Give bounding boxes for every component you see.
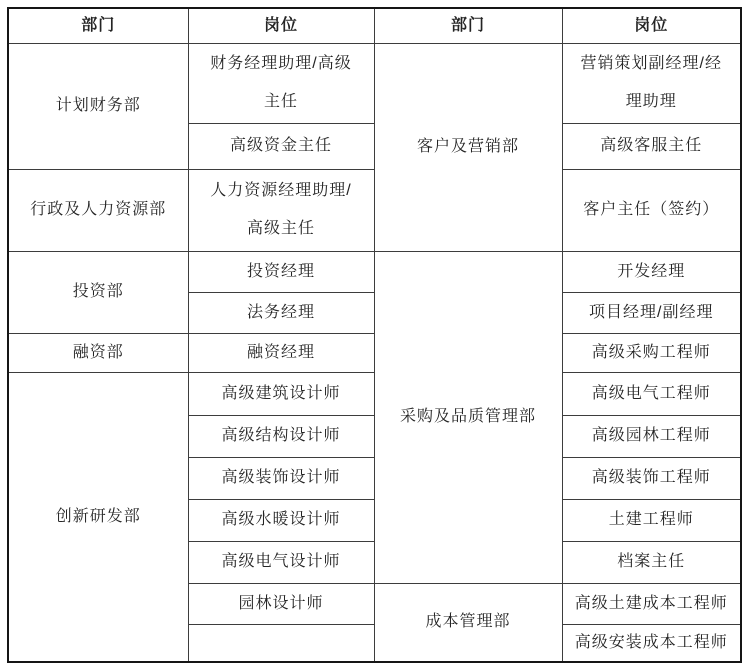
position-cell: 高级装饰工程师 [562,457,741,499]
position-cell: 高级装饰设计师 [188,457,374,499]
position-cell: 高级采购工程师 [562,333,741,372]
department-cell: 投资部 [8,251,188,333]
department-cell: 客户及营销部 [374,43,562,251]
position-cell: 财务经理助理/高级主任 [188,43,374,123]
org-positions-table: 部门 岗位 部门 岗位 计划财务部 财务经理助理/高级主任 客户及营销部 营销策… [7,7,742,663]
department-cell: 融资部 [8,333,188,372]
position-cell: 高级园林工程师 [562,415,741,457]
header-row: 部门 岗位 部门 岗位 [8,8,741,43]
position-cell: 营销策划副经理/经理助理 [562,43,741,123]
position-cell: 档案主任 [562,541,741,583]
position-cell: 法务经理 [188,292,374,333]
table-row: 计划财务部 财务经理助理/高级主任 客户及营销部 营销策划副经理/经理助理 [8,43,741,123]
column-header-department-right: 部门 [374,8,562,43]
table-row: 投资部 投资经理 采购及品质管理部 开发经理 [8,251,741,292]
position-cell: 高级资金主任 [188,123,374,169]
position-cell: 投资经理 [188,251,374,292]
position-text: 财务经理助理/高级主任 [206,45,356,121]
department-cell: 创新研发部 [8,372,188,662]
column-header-department-left: 部门 [8,8,188,43]
position-cell: 客户主任（签约） [562,169,741,251]
position-cell: 开发经理 [562,251,741,292]
column-header-position-left: 岗位 [188,8,374,43]
position-cell-empty [188,624,374,662]
department-cell: 采购及品质管理部 [374,251,562,583]
position-cell: 人力资源经理助理/高级主任 [188,169,374,251]
column-header-position-right: 岗位 [562,8,741,43]
position-cell: 土建工程师 [562,499,741,541]
position-cell: 高级水暖设计师 [188,499,374,541]
position-cell: 高级结构设计师 [188,415,374,457]
position-cell: 高级安装成本工程师 [562,624,741,662]
position-text: 营销策划副经理/经理助理 [576,45,726,121]
position-text: 人力资源经理助理/高级主任 [206,172,356,248]
position-cell: 高级土建成本工程师 [562,583,741,624]
department-cell: 行政及人力资源部 [8,169,188,251]
position-cell: 高级电气工程师 [562,372,741,415]
document-sheet: 部门 岗位 部门 岗位 计划财务部 财务经理助理/高级主任 客户及营销部 营销策… [7,7,742,663]
position-cell: 高级建筑设计师 [188,372,374,415]
department-cell: 成本管理部 [374,583,562,662]
position-cell: 高级电气设计师 [188,541,374,583]
position-cell: 融资经理 [188,333,374,372]
department-cell: 计划财务部 [8,43,188,169]
position-cell: 园林设计师 [188,583,374,624]
position-cell: 高级客服主任 [562,123,741,169]
position-cell: 项目经理/副经理 [562,292,741,333]
